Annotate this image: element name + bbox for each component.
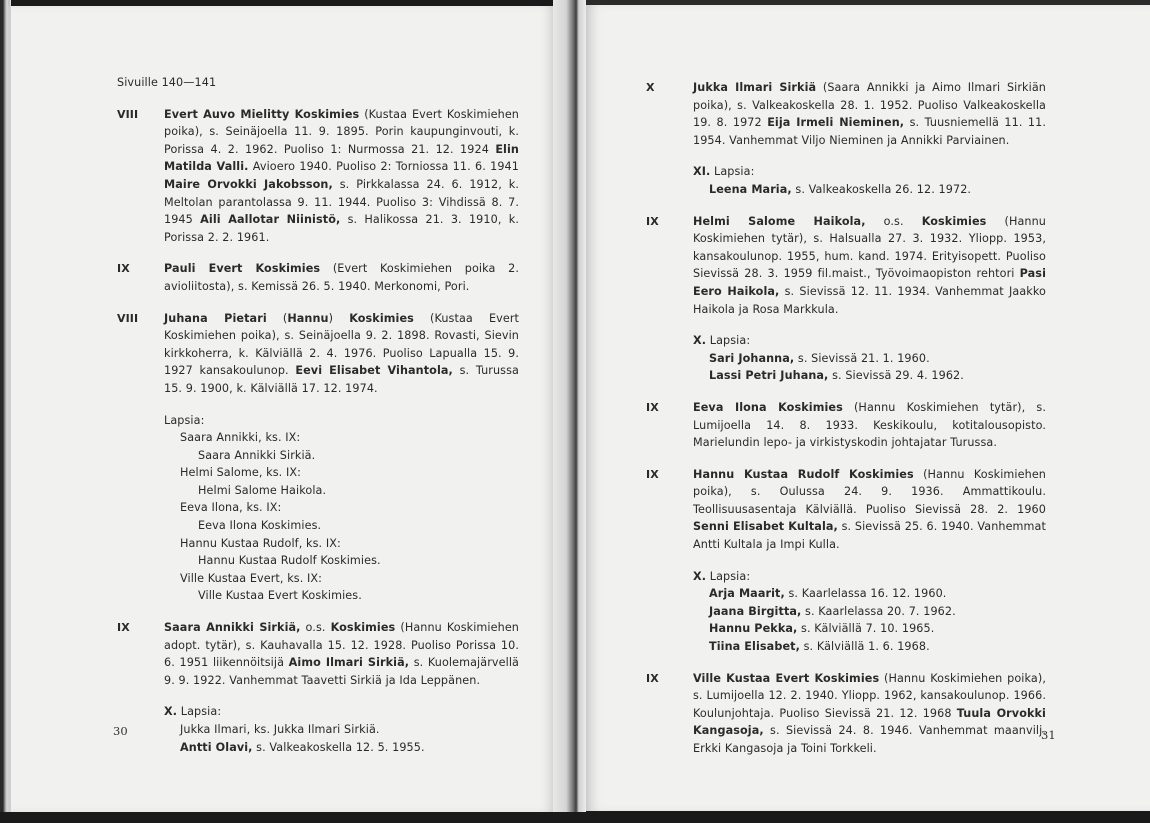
child-detail: s. Kaarlelassa 20. 7. 1962. xyxy=(801,605,955,618)
children-heading: X. Lapsia: xyxy=(693,332,1046,350)
entry-detail: Avioero 1940. Puoliso 2: Torniossa 11. 6… xyxy=(249,160,520,173)
child-item: Leena Maria, s. Valkeakoskella 26. 12. 1… xyxy=(693,181,1046,199)
child-item: Jaana Birgitta, s. Kaarlelassa 20. 7. 19… xyxy=(693,603,1046,621)
child-item: Hannu Pekka, s. Kälviällä 7. 10. 1965. xyxy=(693,620,1046,638)
children-heading: X. Lapsia: xyxy=(693,568,1046,586)
person-name: Jukka Ilmari Sirkiä xyxy=(693,81,816,94)
child-target: Helmi Salome Haikola. xyxy=(164,482,519,500)
child-detail: s. Kälviällä 7. 10. 1965. xyxy=(797,622,934,635)
child-target: Eeva Ilona Koskimies. xyxy=(164,517,519,535)
page-number-right: 31 xyxy=(1041,728,1056,742)
child-name: Tiina Elisabet, xyxy=(709,640,800,653)
scan-border-bottom xyxy=(0,812,1150,823)
book-spine xyxy=(553,0,586,823)
children-list: X. Lapsia:Jukka Ilmari, ks. Jukka Ilmari… xyxy=(164,703,519,756)
entry-text: Evert Auvo Mielitty Koskimies (Kustaa Ev… xyxy=(164,108,519,244)
entry-text: Ville Kustaa Evert Koskimies (Hannu Kosk… xyxy=(693,672,1046,755)
person-name: Ville Kustaa Evert Koskimies xyxy=(693,672,879,685)
page-number-left: 30 xyxy=(113,724,128,738)
child-name: Jaana Birgitta, xyxy=(709,605,801,618)
children-heading: XI. Lapsia: xyxy=(693,163,1046,181)
child-target: Ville Kustaa Evert Koskimies. xyxy=(164,587,519,605)
child-reference: Saara Annikki, ks. IX: xyxy=(164,429,519,447)
child-item: Jukka Ilmari, ks. Jukka Ilmari Sirkiä. xyxy=(164,721,519,739)
entry-text: Hannu Kustaa Rudolf Koskimies (Hannu Kos… xyxy=(693,468,1046,551)
children-label: Lapsia: xyxy=(164,412,519,430)
generation-marker: VIII xyxy=(117,106,138,124)
left-page: Sivuille 140—141 VIIIEvert Auvo Mielitty… xyxy=(8,6,556,812)
child-detail: Jukka Ilmari, ks. Jukka Ilmari Sirkiä. xyxy=(180,723,380,736)
generation-marker: X. xyxy=(164,705,177,718)
child-detail: s. Valkeakoskella 26. 12. 1972. xyxy=(792,183,971,196)
person-name: Aili Aallotar Niinistö, xyxy=(200,213,340,226)
children-heading: X. Lapsia: xyxy=(164,703,519,721)
genealogy-entry: IXSaara Annikki Sirkiä, o.s. Koskimies (… xyxy=(117,619,519,689)
child-item: Sari Johanna, s. Sievissä 21. 1. 1960. xyxy=(693,350,1046,368)
person-name: Maire Orvokki Jakobsson, xyxy=(164,178,333,191)
person-name: Koskimies xyxy=(331,621,396,634)
book-spread: Sivuille 140—141 VIIIEvert Auvo Mielitty… xyxy=(0,0,1150,823)
right-page: XJukka Ilmari Sirkiä (Saara Annikki ja A… xyxy=(586,5,1150,811)
child-name: Sari Johanna, xyxy=(709,352,794,365)
child-reference: Hannu Kustaa Rudolf, ks. IX: xyxy=(164,535,519,553)
genealogy-entry: VIIIJuhana Pietari (Hannu) Koskimies (Ku… xyxy=(117,310,519,398)
person-name: Pauli Evert Koskimies xyxy=(164,262,320,275)
generation-marker: IX xyxy=(646,670,659,688)
child-name: Lassi Petri Juhana, xyxy=(709,369,828,382)
entry-detail: o.s. xyxy=(301,621,331,634)
genealogy-entry: IXHannu Kustaa Rudolf Koskimies (Hannu K… xyxy=(646,466,1046,554)
genealogy-entry: VIIIEvert Auvo Mielitty Koskimies (Kusta… xyxy=(117,106,519,247)
person-name: Koskimies xyxy=(349,312,414,325)
person-name: Senni Elisabet Kultala, xyxy=(693,520,838,533)
child-reference: Helmi Salome, ks. IX: xyxy=(164,464,519,482)
child-item: Tiina Elisabet, s. Kälviällä 1. 6. 1968. xyxy=(693,638,1046,656)
person-name: Evert Auvo Mielitty Koskimies xyxy=(164,108,359,121)
person-name: Aimo Ilmari Sirkiä, xyxy=(289,656,409,669)
entry-text: Helmi Salome Haikola, o.s. Koskimies (Ha… xyxy=(693,215,1046,316)
children-label: Lapsia: xyxy=(177,705,221,718)
person-name: Eeva Ilona Koskimies xyxy=(693,401,843,414)
child-reference: Ville Kustaa Evert, ks. IX: xyxy=(164,570,519,588)
person-name: Hannu Kustaa Rudolf Koskimies xyxy=(693,468,914,481)
generation-marker: IX xyxy=(646,466,659,484)
running-head: Sivuille 140—141 xyxy=(117,74,519,92)
generation-marker: VIII xyxy=(117,310,138,328)
children-label: Lapsia: xyxy=(710,165,754,178)
child-name: Antti Olavi, xyxy=(180,741,253,754)
child-name: Leena Maria, xyxy=(709,183,792,196)
entry-text: Pauli Evert Koskimies (Evert Koskimiehen… xyxy=(164,262,519,293)
person-name: Saara Annikki Sirkiä, xyxy=(164,621,301,634)
person-name: Juhana Pietari xyxy=(164,312,267,325)
entry-text: Eeva Ilona Koskimies (Hannu Koskimiehen … xyxy=(693,401,1046,449)
entry-text: Jukka Ilmari Sirkiä (Saara Annikki ja Ai… xyxy=(693,81,1046,147)
children-list: X. Lapsia:Arja Maarit, s. Kaarlelassa 16… xyxy=(693,568,1046,656)
genealogy-entry: XJukka Ilmari Sirkiä (Saara Annikki ja A… xyxy=(646,79,1046,149)
entry-text: Juhana Pietari (Hannu) Koskimies (Kustaa… xyxy=(164,312,519,395)
children-label: Lapsia: xyxy=(706,570,750,583)
right-page-content: XJukka Ilmari Sirkiä (Saara Annikki ja A… xyxy=(646,79,1046,772)
person-name: Koskimies xyxy=(922,215,987,228)
left-page-content: Sivuille 140—141 VIIIEvert Auvo Mielitty… xyxy=(117,74,519,770)
entry-text: Saara Annikki Sirkiä, o.s. Koskimies (Ha… xyxy=(164,621,519,687)
generation-marker: X xyxy=(646,79,655,97)
entry-detail: ( xyxy=(267,312,288,325)
child-target: Saara Annikki Sirkiä. xyxy=(164,447,519,465)
child-item: Lassi Petri Juhana, s. Sievissä 29. 4. 1… xyxy=(693,367,1046,385)
generation-marker: X. xyxy=(693,570,706,583)
genealogy-entry: IXHelmi Salome Haikola, o.s. Koskimies (… xyxy=(646,213,1046,319)
generation-marker: IX xyxy=(117,260,130,278)
children-label: Lapsia: xyxy=(706,334,750,347)
entry-detail: o.s. xyxy=(866,215,922,228)
genealogy-entry: IXVille Kustaa Evert Koskimies (Hannu Ko… xyxy=(646,670,1046,758)
child-detail: s. Kaarlelassa 16. 12. 1960. xyxy=(785,587,947,600)
child-name: Hannu Pekka, xyxy=(709,622,797,635)
person-name: Eija Irmeli Nieminen, xyxy=(767,116,904,129)
child-item: Antti Olavi, s. Valkeakoskella 12. 5. 19… xyxy=(164,739,519,757)
child-detail: s. Sievissä 21. 1. 1960. xyxy=(794,352,930,365)
child-detail: s. Valkeakoskella 12. 5. 1955. xyxy=(253,741,425,754)
generation-marker: X. xyxy=(693,334,706,347)
generation-marker: XI. xyxy=(693,165,710,178)
child-item: Arja Maarit, s. Kaarlelassa 16. 12. 1960… xyxy=(693,585,1046,603)
generation-marker: IX xyxy=(117,619,130,637)
genealogy-entry: IXEeva Ilona Koskimies (Hannu Koskimiehe… xyxy=(646,399,1046,452)
child-name: Arja Maarit, xyxy=(709,587,785,600)
child-reference: Eeva Ilona, ks. IX: xyxy=(164,499,519,517)
person-name: Hannu xyxy=(287,312,328,325)
child-detail: s. Sievissä 29. 4. 1962. xyxy=(828,369,964,382)
children-list: X. Lapsia:Sari Johanna, s. Sievissä 21. … xyxy=(693,332,1046,385)
entry-detail: ) xyxy=(329,312,350,325)
person-name: Eevi Elisabet Vihantola, xyxy=(295,364,453,377)
generation-marker: IX xyxy=(646,213,659,231)
child-target: Hannu Kustaa Rudolf Koskimies. xyxy=(164,552,519,570)
generation-marker: IX xyxy=(646,399,659,417)
child-detail: s. Kälviällä 1. 6. 1968. xyxy=(800,640,930,653)
children-list: Lapsia:Saara Annikki, ks. IX:Saara Annik… xyxy=(164,412,519,606)
person-name: Helmi Salome Haikola, xyxy=(693,215,866,228)
genealogy-entry: IXPauli Evert Koskimies (Evert Koskimieh… xyxy=(117,260,519,295)
children-list: XI. Lapsia:Leena Maria, s. Valkeakoskell… xyxy=(693,163,1046,198)
